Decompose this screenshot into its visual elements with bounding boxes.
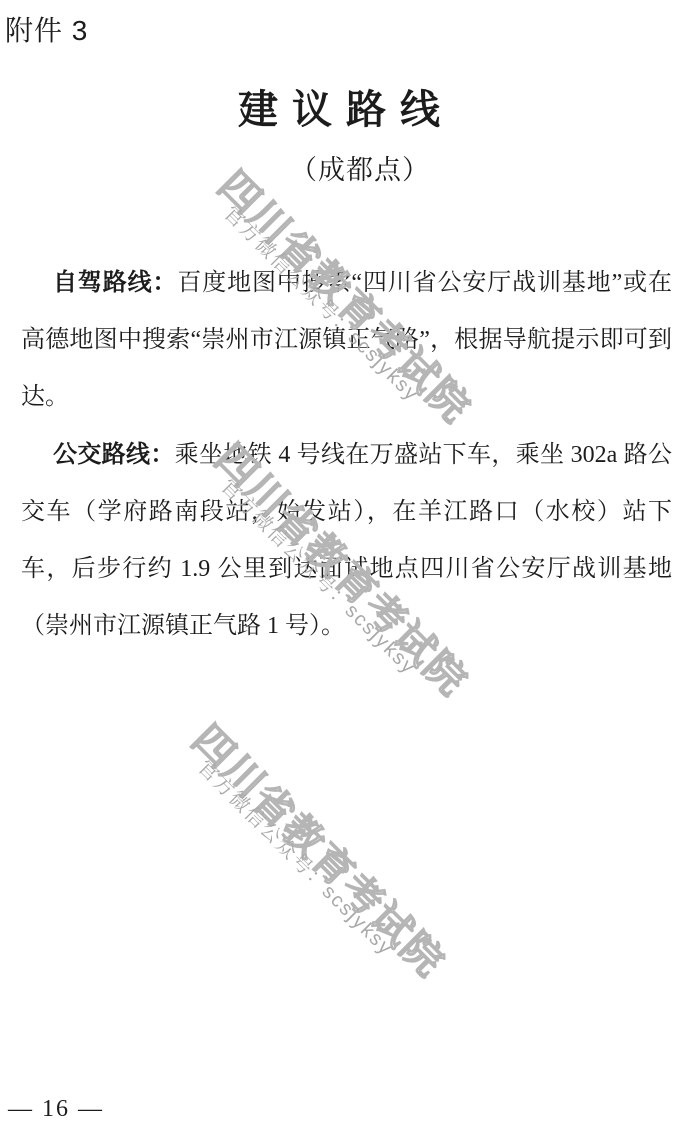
- page-subtitle: （成都点）: [0, 148, 680, 187]
- attachment-label: 附件 3: [5, 9, 88, 49]
- route-paragraph-driving: 自驾路线：百度地图中搜索“四川省公安厅战训基地”或在高德地图中搜索“崇州市江源镇…: [21, 254, 672, 426]
- paragraph-text: 乘坐地铁 4 号线在万盛站下车，乘坐 302a 路公交车（学府路南段站，始发站）…: [21, 442, 672, 639]
- document-body: 自驾路线：百度地图中搜索“四川省公安厅战训基地”或在高德地图中搜索“崇州市江源镇…: [21, 254, 672, 655]
- paragraph-lead: 自驾路线：: [53, 269, 177, 296]
- document-page: 附件 3 建 议 路 线 （成都点） 自驾路线：百度地图中搜索“四川省公安厅战训…: [0, 0, 680, 1133]
- watermark-main-text: 四川省教育考试院: [182, 710, 460, 988]
- page-number: — 16 —: [8, 1096, 104, 1123]
- watermark-sub-text: 官方微信公众号：scsjyksy: [192, 752, 401, 961]
- route-paragraph-bus: 公交路线：乘坐地铁 4 号线在万盛站下车，乘坐 302a 路公交车（学府路南段站…: [21, 426, 672, 655]
- paragraph-lead: 公交路线：: [53, 441, 175, 468]
- page-title: 建 议 路 线: [0, 78, 680, 135]
